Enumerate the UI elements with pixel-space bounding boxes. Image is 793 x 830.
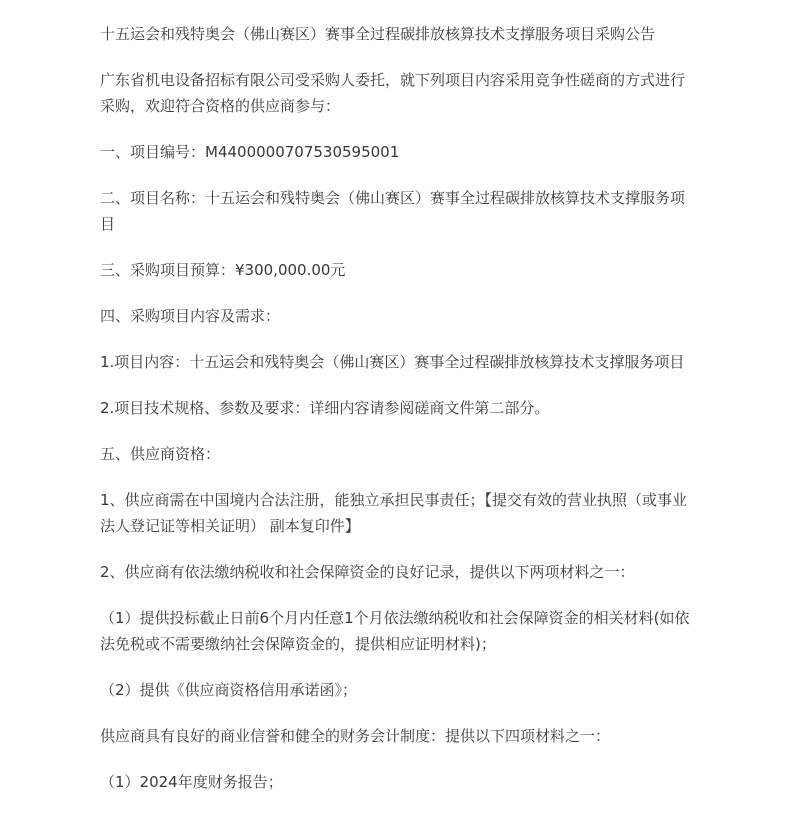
section-content-requirements-heading: 四、采购项目内容及需求： [100, 303, 696, 329]
section-project-budget: 三、采购项目预算：¥300,000.00元 [100, 257, 696, 283]
section-supplier-qualification-heading: 五、供应商资格： [100, 441, 696, 467]
section-project-name: 二、项目名称：十五运会和残特奥会（佛山赛区）赛事全过程碳排放核算技术支撑服务项目 [100, 185, 696, 237]
item-project-content: 1.项目内容：十五运会和残特奥会（佛山赛区）赛事全过程碳排放核算技术支撑服务项目 [100, 349, 696, 375]
page-title: 十五运会和残特奥会（佛山赛区）赛事全过程碳排放核算技术支撑服务项目采购公告 [100, 21, 696, 47]
item-technical-specs: 2.项目技术规格、参数及要求：详细内容请参阅磋商文件第二部分。 [100, 395, 696, 421]
qualification-item-registration: 1、供应商需在中国境内合法注册，能独立承担民事责任；【提交有效的营业执照（或事业… [100, 487, 696, 539]
tax-material-option-1: （1）提供投标截止日前6个月内任意1个月依法缴纳税收和社会保障资金的相关材料(如… [100, 605, 696, 657]
tax-material-option-2: （2）提供《供应商资格信用承诺函》； [100, 677, 696, 703]
financial-credit-requirement: 供应商具有良好的商业信誉和健全的财务会计制度：提供以下四项材料之一： [100, 723, 696, 749]
section-project-number: 一、项目编号：M4400000707530595001 [100, 139, 696, 165]
financial-material-option-1: （1）2024年度财务报告； [100, 769, 696, 795]
announcement-document: 十五运会和残特奥会（佛山赛区）赛事全过程碳排放核算技术支撑服务项目采购公告 广东… [0, 0, 793, 830]
intro-paragraph: 广东省机电设备招标有限公司受采购人委托，就下列项目内容采用竞争性磋商的方式进行采… [100, 67, 696, 119]
qualification-item-tax-record: 2、供应商有依法缴纳税收和社会保障资金的良好记录，提供以下两项材料之一： [100, 559, 696, 585]
